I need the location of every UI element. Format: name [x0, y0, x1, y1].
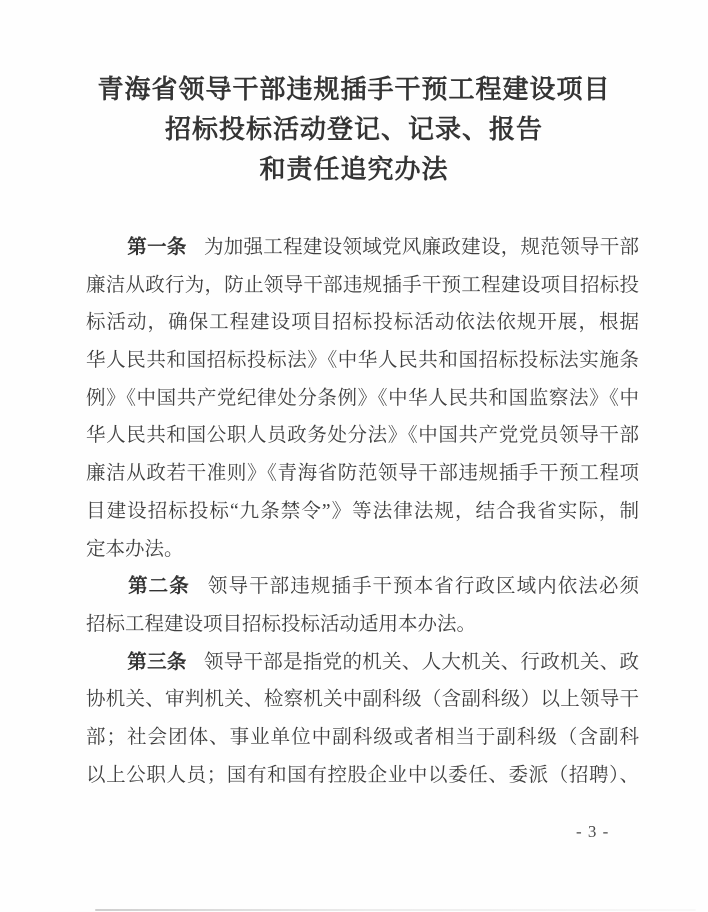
scan-edge-artifact	[95, 909, 696, 911]
document-body: 第一条为加强工程建设领域党风廉政建设，规范领导干部 廉洁从政行为，防止领导干部违…	[86, 229, 639, 794]
text-line-content: 领导干部违规插手干预本省行政区域内依法必须	[207, 576, 639, 597]
text-line: 廉洁从政行为，防止领导干部违规插手干预工程建设项目招标投	[86, 267, 639, 305]
text-line: 例》《中国共产党纪律处分条例》《中华人民共和国监察法》《中	[86, 380, 639, 418]
text-line: 第二条领导干部违规插手干预本省行政区域内依法必须	[86, 568, 639, 606]
text-line-content: 领导干部是指党的机关、人大机关、行政机关、政	[204, 652, 639, 673]
text-line: 廉洁从政若干准则》《青海省防范领导干部违规插手干预工程项	[86, 455, 639, 493]
article-heading: 第三条	[127, 652, 187, 673]
article-heading: 第二条	[127, 576, 190, 597]
text-line: 第三条领导干部是指党的机关、人大机关、行政机关、政	[86, 644, 639, 682]
text-line: 以上公职人员；国有和国有控股企业中以委任、委派（招聘）、	[86, 757, 639, 795]
text-line: 部；社会团体、事业单位中副科级或者相当于副科级（含副科级）	[86, 719, 639, 757]
text-line-content: 为加强工程建设领域党风廉政建设，规范领导干部	[204, 237, 639, 258]
title-line: 青海省领导干部违规插手干预工程建设项目	[78, 70, 630, 110]
document-title: 青海省领导干部违规插手干预工程建设项目 招标投标活动登记、记录、报告 和责任追究…	[78, 70, 630, 190]
text-line: 招标工程建设项目招标投标活动适用本办法。	[86, 606, 639, 644]
article-heading: 第一条	[127, 237, 187, 258]
document-page: 青海省领导干部违规插手干预工程建设项目 招标投标活动登记、记录、报告 和责任追究…	[0, 0, 708, 912]
text-line: 华人民共和国公职人员政务处分法》《中国共产党党员领导干部	[86, 417, 639, 455]
text-line: 定本办法。	[86, 531, 639, 569]
text-line: 华人民共和国招标投标法》《中华人民共和国招标投标法实施条	[86, 342, 639, 380]
text-line: 标活动，确保工程建设项目招标投标活动依法依规开展，根据《中	[86, 304, 639, 342]
text-line: 协机关、审判机关、检察机关中副科级（含副科级）以上领导干	[86, 681, 639, 719]
title-line: 招标投标活动登记、记录、报告	[78, 110, 630, 150]
text-line: 目建设招标投标“九条禁令”》等法律法规，结合我省实际，制	[86, 493, 639, 531]
title-line: 和责任追究办法	[78, 150, 630, 190]
page-number: - 3 -	[576, 822, 609, 842]
text-line: 第一条为加强工程建设领域党风廉政建设，规范领导干部	[86, 229, 639, 267]
